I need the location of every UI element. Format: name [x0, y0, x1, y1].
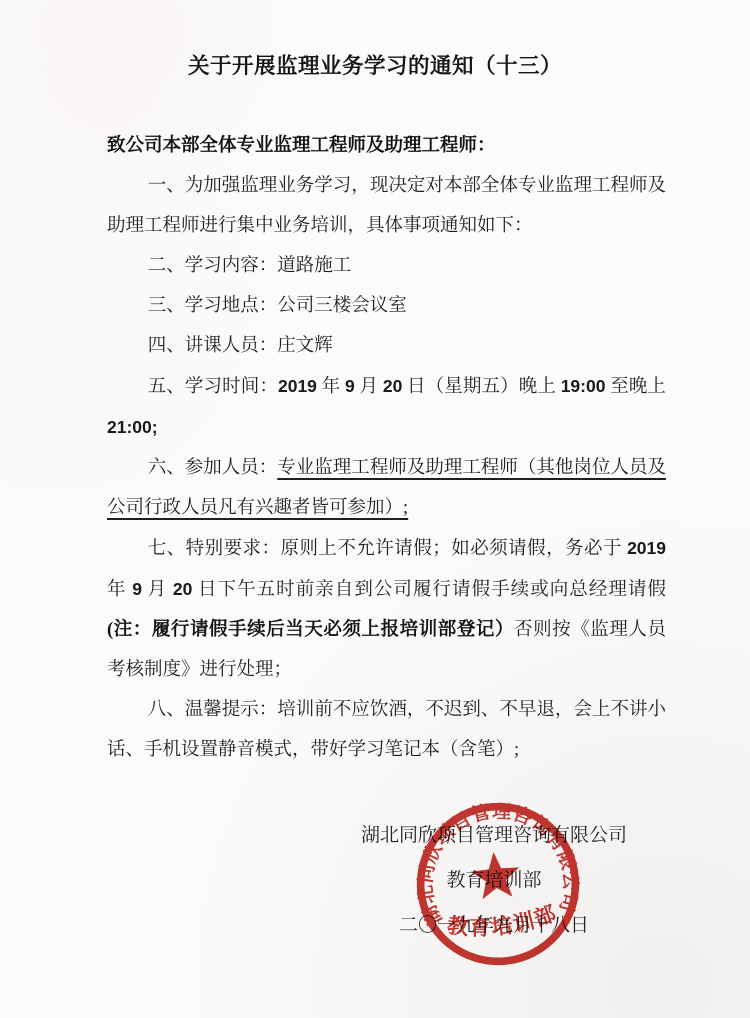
text-segment: 日（星期五）晚上: [402, 377, 560, 397]
text-segment: 日下午五时前亲自到公司履行请假手续或向总经理请假: [192, 580, 666, 600]
paragraph: 二、学习内容：道路施工: [107, 246, 666, 286]
company-seal: 湖北同欣项目管理咨询有限公司 教育培训部: [406, 792, 590, 976]
notice-body: 致公司本部全体专业监理工程师及助理工程师： 一、为加强监理业务学习，现决定对本部…: [107, 126, 666, 770]
text-segment: 年: [317, 377, 345, 397]
text-segment: 20: [173, 579, 192, 599]
paragraph: 八、温馨提示：培训前不应饮酒，不迟到、不早退，会上不讲小话、手机设置静音模式，带…: [107, 690, 666, 770]
text-segment: 至晚上: [605, 377, 665, 397]
text-segment: 2019: [278, 376, 317, 396]
notice-title: 关于开展监理业务学习的通知（十三）: [0, 49, 750, 80]
text-segment: 19:00: [561, 376, 606, 396]
paragraph: 七、特别要求：原则上不允许请假；如必须请假，务必于 2019 年 9 月 20 …: [107, 528, 666, 690]
text-segment: 年: [107, 580, 132, 600]
text-segment: 2019: [627, 538, 666, 558]
paragraph: 六、参加人员：专业监理工程师及助理工程师（其他岗位人员及公司行政人员凡有兴趣者皆…: [107, 448, 666, 528]
paragraph: 四、讲课人员：庄文辉: [107, 326, 666, 366]
text-segment: 七、特别要求：原则上不允许请假；如必须请假，务必于: [148, 539, 627, 559]
seal-inner-text: 教育培训部: [444, 900, 562, 944]
text-segment: 9: [132, 579, 142, 599]
text-segment: 一、为加强监理业务学习，现决定对本部全体专业监理工程师及助理工程师进行集中业务培…: [107, 176, 666, 236]
star-icon: [469, 850, 521, 900]
salutation: 致公司本部全体专业监理工程师及助理工程师：: [107, 126, 666, 166]
paragraph: 一、为加强监理业务学习，现决定对本部全体专业监理工程师及助理工程师进行集中业务培…: [107, 166, 666, 246]
text-segment: (注：履行请假手续后当天必须上报培训部登记）: [107, 620, 514, 640]
text-segment: 月: [355, 377, 383, 397]
text-segment: 五、学习时间：: [148, 377, 278, 397]
text-segment: 月: [142, 580, 173, 600]
text-segment: 二、学习内容：道路施工: [148, 256, 352, 276]
paragraph: 三、学习地点：公司三楼会议室: [107, 286, 666, 326]
text-segment: 9: [345, 376, 355, 396]
text-segment: 六、参加人员：: [148, 458, 278, 478]
text-segment: 21:00;: [107, 417, 158, 437]
text-segment: 四、讲课人员：庄文辉: [148, 336, 333, 356]
text-segment: 八、温馨提示：培训前不应饮酒，不迟到、不早退，会上不讲小话、手机设置静音模式，带…: [107, 700, 666, 760]
text-segment: 20: [383, 376, 402, 396]
text-segment: 三、学习地点：公司三楼会议室: [148, 296, 407, 316]
paragraph: 五、学习时间：2019 年 9 月 20 日（星期五）晚上 19:00 至晚上 …: [107, 366, 666, 448]
svg-text:教育培训部: 教育培训部: [444, 900, 562, 944]
document-page: { "title": "关于开展监理业务学习的通知（十三）", "body": …: [0, 0, 750, 1018]
paragraphs: 一、为加强监理业务学习，现决定对本部全体专业监理工程师及助理工程师进行集中业务培…: [107, 166, 666, 770]
